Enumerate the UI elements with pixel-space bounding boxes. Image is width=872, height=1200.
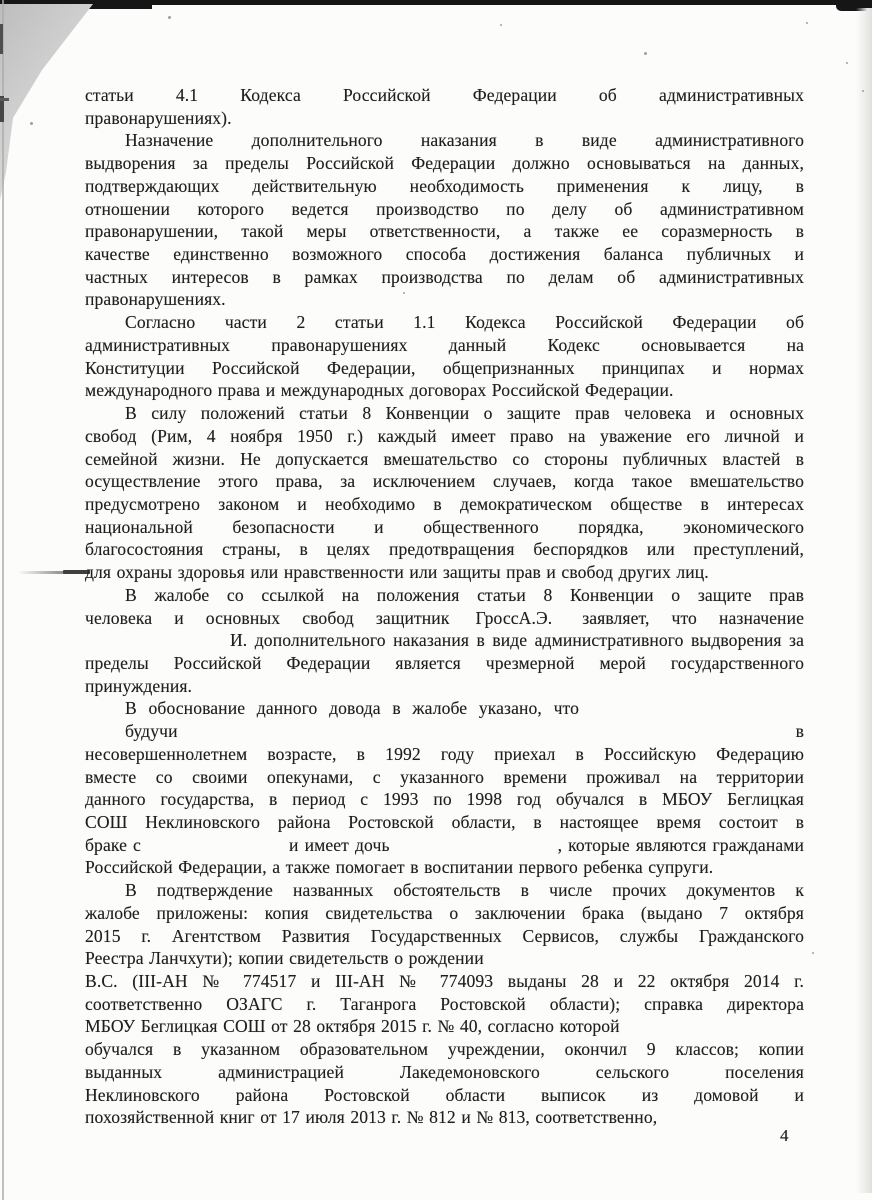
text-segment: пределы Российской Федерации является чр…	[85, 653, 804, 673]
text-segment: частных интересов в рамках производства …	[85, 267, 804, 287]
text-segment: данного государства, в период с 1993 по …	[85, 789, 804, 809]
text-segment: Согласно части 2 статьи 1.1 Кодекса Росс…	[125, 312, 804, 332]
text-line: обучался в указанном образовательном учр…	[85, 1038, 804, 1061]
text-segment: 2015 г. Агентством Развития Государствен…	[85, 926, 804, 946]
text-line: подтверждающих действительную необходимо…	[85, 175, 804, 198]
text-segment: правонарушениях).	[85, 108, 232, 128]
text-segment: соответственно ОЗАГС г. Таганрога Ростов…	[85, 994, 804, 1014]
text-segment: Назначение дополнительного наказания в в…	[125, 130, 804, 150]
text-segment: вместе со своими опекунами, с указанного…	[85, 767, 804, 787]
text-line: несовершеннолетнем возрасте, в 1992 году…	[85, 743, 804, 766]
text-segment: и имеет дочь	[289, 835, 390, 855]
scan-right-edge-shadow	[856, 8, 872, 1193]
text-line: правонарушениях.	[85, 288, 804, 311]
text-segment: правонарушениях.	[85, 289, 226, 309]
text-line: В.С. (III-АН № 774517 и III-АН № 774093 …	[85, 970, 804, 993]
scan-left-edge-line	[2, 0, 4, 1200]
text-line: выдворения за пределы Российской Федерац…	[85, 152, 804, 175]
redaction-gap	[141, 850, 289, 851]
scan-dash-artifact	[18, 571, 90, 574]
text-line: принуждения.	[85, 675, 804, 698]
text-line: качестве единственно возможного способа …	[85, 243, 804, 266]
text-segment: обучался в указанном образовательном учр…	[85, 1039, 804, 1059]
text-line: Реестра Ланчхути); копии свидетельств о …	[85, 947, 804, 970]
text-line: правонарушении, такой меры ответственнос…	[85, 220, 804, 243]
paragraph: В обоснование данного довода в жалобе ук…	[85, 697, 804, 879]
text-line: семейной жизни. Не допускается вмешатель…	[85, 448, 804, 471]
text-line: благосостояния страны, в целях предотвра…	[85, 538, 804, 561]
text-line: соответственно ОЗАГС г. Таганрога Ростов…	[85, 993, 804, 1016]
scan-speck	[500, 24, 502, 26]
text-segment: принуждения.	[85, 676, 192, 696]
text-segment: отношении которого ведется производство …	[85, 199, 804, 219]
text-segment: международного права и международных дог…	[85, 380, 673, 400]
text-segment: МБОУ Беглицкая СОШ от 28 октября 2015 г.…	[85, 1016, 620, 1036]
scan-speck	[812, 952, 814, 954]
scan-left-mark	[0, 24, 3, 54]
text-segment: ГроссА.Э.	[475, 608, 552, 628]
text-segment: , которые являются гражданами	[558, 835, 804, 855]
scan-speck	[644, 52, 647, 55]
text-line: национальной безопасности и общественног…	[85, 516, 804, 539]
text-segment: свобод (Рим, 4 ноября 1950 г.) каждый им…	[85, 426, 804, 446]
redaction-gap	[552, 623, 582, 624]
text-segment: осуществление этого права, за исключение…	[85, 471, 804, 491]
text-line: 2015 г. Агентством Развития Государствен…	[85, 925, 804, 948]
text-line: для охраны здоровья или нравственности и…	[85, 561, 804, 584]
text-segment: выдворения за пределы Российской Федерац…	[85, 153, 804, 173]
text-line: международного права и международных дог…	[85, 379, 804, 402]
text-segment: В подтверждение названных обстоятельств …	[125, 880, 804, 900]
text-line: статьи 4.1 Кодекса Российской Федерации …	[85, 84, 804, 107]
paragraph: Назначение дополнительного наказания в в…	[85, 129, 804, 311]
text-segment: несовершеннолетнем возрасте, в 1992 году…	[85, 744, 804, 764]
text-line: В обоснование данного довода в жалобе ук…	[85, 697, 804, 742]
paragraph: Согласно части 2 статьи 1.1 Кодекса Росс…	[85, 311, 804, 402]
text-line: браке си имеет дочь, которые являются гр…	[85, 834, 804, 857]
text-line: пределы Российской Федерации является чр…	[85, 652, 804, 675]
text-segment: похозяйственной книг от 17 июля 2013 г. …	[85, 1107, 657, 1127]
text-line: осуществление этого права, за исключение…	[85, 470, 804, 493]
scan-left-mark	[0, 96, 4, 122]
text-column: статьи 4.1 Кодекса Российской Федерации …	[85, 84, 804, 1129]
text-line: В подтверждение названных обстоятельств …	[85, 879, 804, 902]
redaction-gap	[449, 623, 475, 624]
text-line: Российской Федерации, а также помогает в…	[85, 856, 804, 879]
text-segment: семейной жизни. Не допускается вмешатель…	[85, 449, 804, 469]
text-line: СОШ Неклиновского района Ростовской обла…	[85, 811, 804, 834]
paragraph: В жалобе со ссылкой на положения статьи …	[85, 584, 804, 698]
text-line: правонарушениях).	[85, 107, 804, 130]
text-line: человека и основных свобод защитникГросс…	[85, 607, 804, 630]
text-line: Согласно части 2 статьи 1.1 Кодекса Росс…	[85, 311, 804, 334]
text-line: свобод (Рим, 4 ноября 1950 г.) каждый им…	[85, 425, 804, 448]
text-segment: жалобе приложены: копия свидетельства о …	[85, 903, 804, 923]
text-segment: Неклиновского района Ростовской области …	[85, 1085, 804, 1105]
text-line: И. дополнительного наказания в виде адми…	[85, 629, 804, 652]
text-line: вместе со своими опекунами, с указанного…	[85, 766, 804, 789]
redaction-gap	[390, 850, 558, 851]
text-segment: предусмотрено законом и необходимо в дем…	[85, 494, 804, 514]
text-segment: благосостояния страны, в целях предотвра…	[85, 539, 804, 559]
text-segment: В силу положений статьи 8 Конвенции о за…	[125, 403, 804, 423]
text-line: похозяйственной книг от 17 июля 2013 г. …	[85, 1106, 804, 1129]
text-segment: браке с	[85, 835, 141, 855]
paragraph: В силу положений статьи 8 Конвенции о за…	[85, 402, 804, 584]
text-line: выданных администрацией Лакедемоновского…	[85, 1061, 804, 1084]
scan-speck	[846, 62, 848, 64]
scan-speck	[560, 938, 562, 940]
scan-speck	[862, 90, 864, 92]
text-segment: человека и основных свобод защитник	[85, 608, 449, 628]
text-segment: для охраны здоровья или нравственности и…	[85, 562, 709, 582]
text-line: В жалобе со ссылкой на положения статьи …	[85, 584, 804, 607]
redaction-gap	[579, 713, 804, 714]
scan-corner-fold	[0, 4, 95, 204]
scan-speck	[30, 122, 33, 125]
page-number: 4	[780, 1126, 789, 1146]
text-line: жалобе приложены: копия свидетельства о …	[85, 902, 804, 925]
text-line: Назначение дополнительного наказания в в…	[85, 129, 804, 152]
text-segment: заявляет, что назначение	[582, 608, 804, 628]
text-segment: СОШ Неклиновского района Ростовской обла…	[85, 812, 804, 832]
scan-speck	[403, 292, 405, 294]
text-segment: национальной безопасности и общественног…	[85, 517, 804, 537]
text-segment: административных правонарушениях данный …	[85, 335, 804, 355]
scan-speck	[806, 22, 808, 24]
text-line: В силу положений статьи 8 Конвенции о за…	[85, 402, 804, 425]
text-line: Конституции Российской Федерации, общепр…	[85, 357, 804, 380]
text-line: данного государства, в период с 1993 по …	[85, 788, 804, 811]
scan-speck	[168, 16, 171, 19]
text-line: частных интересов в рамках производства …	[85, 266, 804, 289]
text-segment: Российской Федерации, а также помогает в…	[85, 857, 713, 877]
text-segment: В жалобе со ссылкой на положения статьи …	[125, 585, 804, 605]
text-line: Неклиновского района Ростовской области …	[85, 1084, 804, 1107]
text-line: отношении которого ведется производство …	[85, 198, 804, 221]
text-segment: выданных администрацией Лакедемоновского…	[85, 1062, 804, 1082]
text-segment: будучи в	[125, 721, 804, 741]
text-line: предусмотрено законом и необходимо в дем…	[85, 493, 804, 516]
text-line: МБОУ Беглицкая СОШ от 28 октября 2015 г.…	[85, 1015, 804, 1038]
paragraph: статьи 4.1 Кодекса Российской Федерации …	[85, 84, 804, 129]
text-segment: подтверждающих действительную необходимо…	[85, 176, 804, 196]
text-segment: В обоснование данного довода в жалобе ук…	[125, 698, 579, 718]
scan-speck	[744, 936, 746, 938]
paragraph: В подтверждение названных обстоятельств …	[85, 879, 804, 1129]
text-line: административных правонарушениях данный …	[85, 334, 804, 357]
text-segment: статьи 4.1 Кодекса Российской Федерации …	[85, 85, 804, 105]
text-segment: Конституции Российской Федерации, общепр…	[85, 358, 804, 378]
text-segment: правонарушении, такой меры ответственнос…	[85, 221, 804, 241]
text-segment: В.С. (III-АН № 774517 и III-АН № 774093 …	[85, 971, 804, 991]
text-segment: Реестра Ланчхути); копии свидетельств о …	[85, 948, 484, 968]
text-segment: И. дополнительного наказания в виде адми…	[230, 630, 804, 650]
text-segment: качестве единственно возможного способа …	[85, 244, 804, 264]
